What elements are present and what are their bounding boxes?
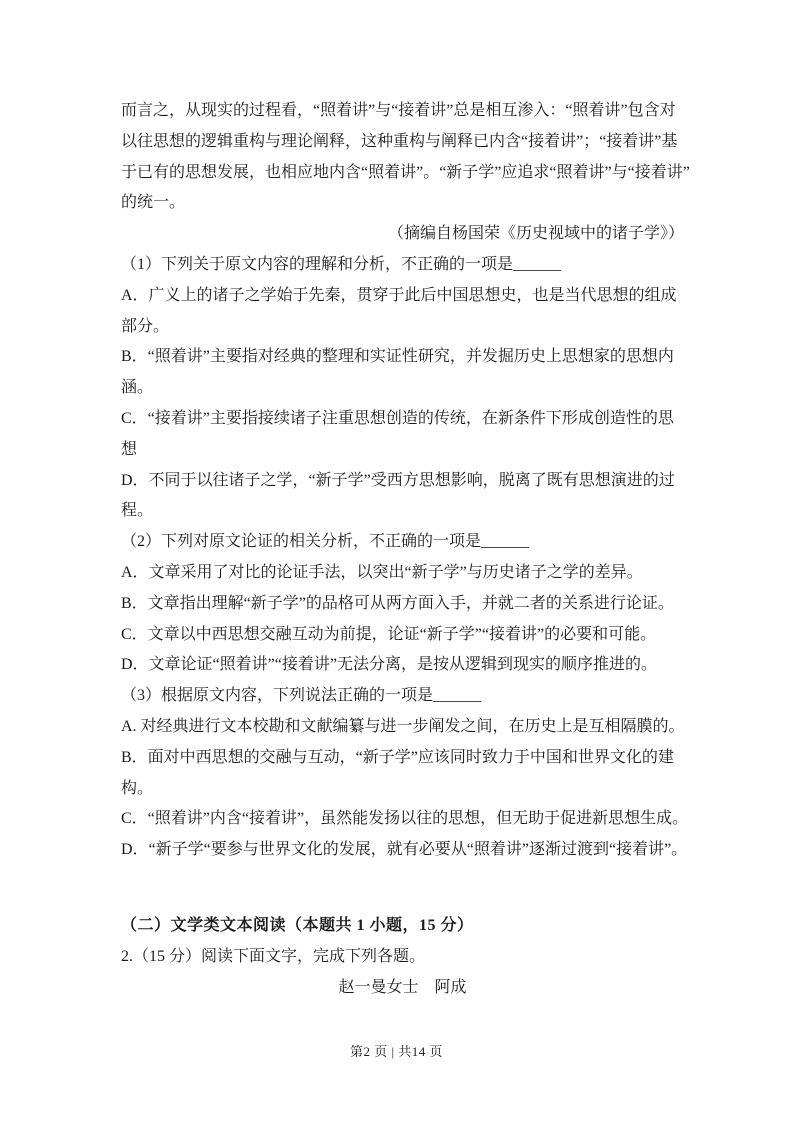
document-body: 而言之，从现实的过程看，“照着讲”与“接着讲”总是相互渗入：“照着讲”包含对以往…: [121, 96, 684, 1003]
text-line: A. 对经典进行文本校勘和文献编纂与进一步阐发之间，在历史上是互相隔膜的。: [121, 712, 684, 743]
text-line: 想: [121, 435, 684, 466]
text-line: D．不同于以往诸子之学，“新子学”受西方思想影响，脱离了既有思想演进的过: [121, 466, 684, 497]
text-line: D．文章论证“照着讲”“接着讲”无法分离，是按从逻辑到现实的顺序推进的。: [121, 650, 684, 681]
text-line: 程。: [121, 496, 684, 527]
text-line: C．文章以中西思想交融互动为前提，论证“新子学”“接着讲”的必要和可能。: [121, 620, 684, 651]
text-line: 涵。: [121, 373, 684, 404]
source-attribution: （摘编自杨国荣《历史视域中的诸子学》）: [121, 219, 684, 250]
text-line: 的统一。: [121, 188, 684, 219]
spacer: [121, 866, 684, 911]
text-line: 以往思想的逻辑重构与理论阐释，这种重构与阐释已内含“接着讲”；“接着讲”基: [121, 127, 684, 158]
section-heading: （二）文学类文本阅读（本题共 1 小题，15 分）: [121, 911, 684, 942]
text-line: 构。: [121, 774, 684, 805]
text-line: 2.（15 分）阅读下面文字，完成下列各题。: [121, 942, 684, 973]
text-line: C．“接着讲”主要指接续诸子注重思想创造的传统，在新条件下形成创造性的思: [121, 404, 684, 435]
text-line: D．“新子学“要参与世界文化的发展，就有必要从“照着讲”逐渐过渡到“接着讲”。: [121, 835, 684, 866]
text-line: B．面对中西思想的交融与互动，“新子学”应该同时致力于中国和世界文化的建: [121, 743, 684, 774]
page-footer: 第2 页 | 共14 页: [0, 1041, 793, 1060]
text-line: 而言之，从现实的过程看，“照着讲”与“接着讲”总是相互渗入：“照着讲”包含对: [121, 96, 684, 127]
text-line: B．“照着讲”主要指对经典的整理和实证性研究，并发掘历史上思想家的思想内: [121, 342, 684, 373]
passage-title: 赵一曼女士 阿成: [121, 973, 684, 1004]
text-line: （1）下列关于原文内容的理解和分析，不正确的一项是______: [121, 250, 684, 281]
text-line: 部分。: [121, 312, 684, 343]
text-line: C．“照着讲”内含“接着讲”，虽然能发扬以往的思想，但无助于促进新思想生成。: [121, 804, 684, 835]
text-line: A．广义上的诸子之学始于先秦，贯穿于此后中国思想史，也是当代思想的组成: [121, 281, 684, 312]
text-line: 于已有的思想发展，也相应地内含“照着讲”。“新子学”应追求“照着讲”与“接着讲”: [121, 158, 684, 189]
document-page: 而言之，从现实的过程看，“照着讲”与“接着讲”总是相互渗入：“照着讲”包含对以往…: [0, 0, 793, 1122]
text-line: （3）根据原文内容，下列说法正确的一项是______: [121, 681, 684, 712]
text-line: B．文章指出理解“新子学”的品格可从两方面入手，并就二者的关系进行论证。: [121, 589, 684, 620]
text-line: （2）下列对原文论证的相关分析，不正确的一项是______: [121, 527, 684, 558]
text-line: A．文章采用了对比的论证手法，以突出“新子学”与历史诸子之学的差异。: [121, 558, 684, 589]
